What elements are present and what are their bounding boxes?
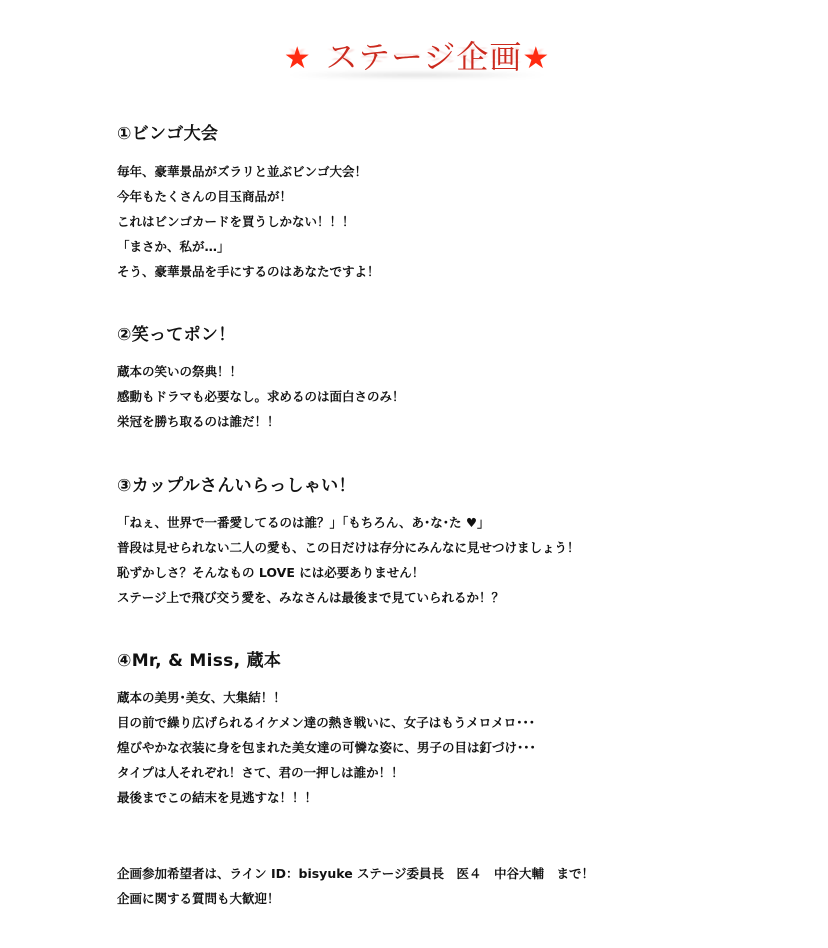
body-line: これはビンゴカードを買うしかない！！！: [117, 209, 380, 234]
title-shadow-decoration: [284, 72, 551, 78]
body-line: 最後までこの結末を見逃すな！！！: [117, 785, 536, 810]
section-heading-contest: ④Mr, & Miss, 蔵本: [117, 649, 281, 673]
contact-line: 企画参加希望者は、ライン ID：bisyuke ステージ委員長 医４ 中谷大輔 …: [117, 861, 594, 886]
section-heading-bingo: ①ビンゴ大会: [117, 122, 218, 146]
body-line: タイプは人それぞれ！さて、君の一押しは誰か！！: [117, 760, 536, 785]
body-line: 煌びやかな衣装に身を包まれた美女達の可憐な姿に、男子の目は釘づけ･･･: [117, 735, 536, 760]
section-heading-comedy: ②笑ってポン！: [117, 323, 236, 347]
body-line: 「まさか、私が…」: [117, 234, 380, 259]
page-title-text: ステージ企画: [326, 38, 523, 76]
section-bingo-body: 毎年、豪華景品がズラリと並ぶビンゴ大会！ 今年もたくさんの目玉商品が！ これはビ…: [117, 159, 380, 284]
body-line: 「ねぇ、世界で一番愛してるのは誰？」「もちろん、あ･な･た ♥」: [117, 510, 580, 535]
body-line: ステージ上で飛び交う愛を、みなさんは最後まで見ていられるか！？: [117, 585, 580, 610]
section-contest-heading-wrap: ④Mr, & Miss, 蔵本: [117, 649, 281, 673]
page-title-banner: ★ステージ企画★ ★ステージ企画★: [0, 36, 828, 96]
body-line: 今年もたくさんの目玉商品が！: [117, 184, 380, 209]
body-line: 普段は見せられない二人の愛も、この日だけは存分にみんなに見せつけましょう！: [117, 535, 580, 560]
section-comedy-heading-wrap: ②笑ってポン！: [117, 323, 236, 347]
body-line: そう、豪華景品を手にするのはあなたですよ！: [117, 259, 380, 284]
contact-line: 企画に関する質問も大歓迎！: [117, 886, 594, 911]
section-comedy-body: 蔵本の笑いの祭典！！ 感動もドラマも必要なし。求めるのは面白さのみ！ 栄冠を勝ち…: [117, 359, 405, 434]
body-line: 目の前で繰り広げられるイケメン達の熱き戦いに、女子はもうメロメロ･･･: [117, 710, 536, 735]
page-title: ★ステージ企画★ ★ステージ企画★: [284, 36, 551, 80]
body-line: 栄冠を勝ち取るのは誰だ！！: [117, 409, 405, 434]
section-couples-heading-wrap: ③カップルさんいらっしゃい！: [117, 474, 356, 498]
section-bingo-heading-wrap: ①ビンゴ大会: [117, 122, 218, 146]
section-couples-body: 「ねぇ、世界で一番愛してるのは誰？」「もちろん、あ･な･た ♥」 普段は見せられ…: [117, 510, 580, 610]
star-icon-right: ★: [522, 41, 550, 76]
star-icon-left: ★: [284, 41, 312, 76]
contact-footer: 企画参加希望者は、ライン ID：bisyuke ステージ委員長 医４ 中谷大輔 …: [117, 861, 594, 911]
body-line: 毎年、豪華景品がズラリと並ぶビンゴ大会！: [117, 159, 380, 184]
body-line: 蔵本の美男･美女、大集結！！: [117, 685, 536, 710]
body-line: 恥ずかしさ？そんなもの LOVE には必要ありません！: [117, 560, 580, 585]
section-heading-couples: ③カップルさんいらっしゃい！: [117, 474, 356, 498]
body-line: 感動もドラマも必要なし。求めるのは面白さのみ！: [117, 384, 405, 409]
section-contest-body: 蔵本の美男･美女、大集結！！ 目の前で繰り広げられるイケメン達の熱き戦いに、女子…: [117, 685, 536, 810]
body-line: 蔵本の笑いの祭典！！: [117, 359, 405, 384]
